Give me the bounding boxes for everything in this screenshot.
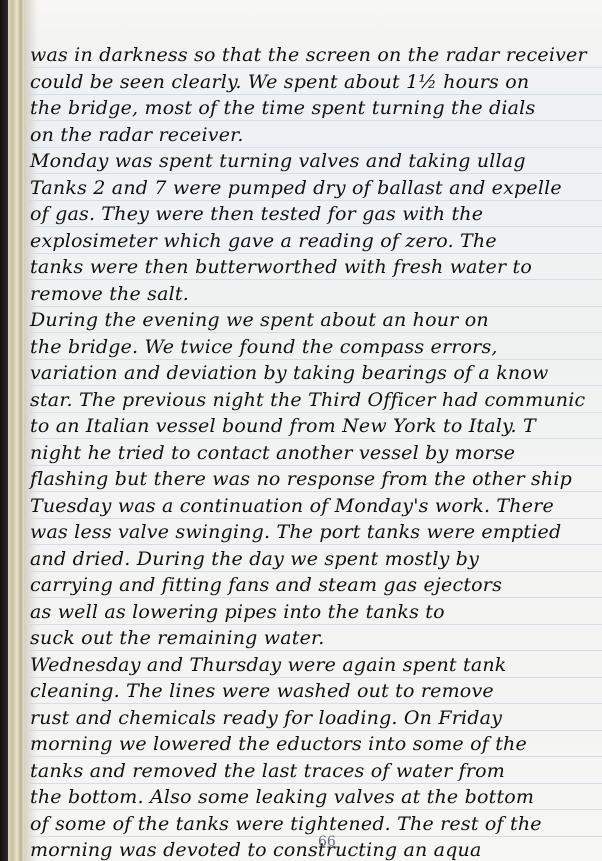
text-line: as well as lowering pipes into the tanks… (30, 601, 445, 628)
text-line: to an Italian vessel bound from New York… (30, 415, 536, 442)
text-line: tanks and removed the last traces of wat… (30, 760, 505, 787)
text-line: variation and deviation by taking bearin… (30, 362, 548, 389)
text-line: During the evening we spent about an hou… (30, 309, 489, 336)
text-line: carrying and fitting fans and steam gas … (30, 574, 502, 601)
text-line: Wednesday and Thursday were again spent … (30, 654, 507, 681)
text-line: star. The previous night the Third Offic… (30, 389, 585, 416)
text-line: of gas. They were then tested for gas wi… (30, 203, 483, 230)
book-binding-edge (8, 0, 24, 861)
text-line: the bridge, most of the time spent turni… (30, 97, 535, 124)
text-line: night he tried to contact another vessel… (30, 442, 515, 469)
text-line: and dried. During the day we spent mostl… (30, 548, 479, 575)
book-binding-shadow (0, 0, 8, 861)
text-line: Monday was spent turning valves and taki… (30, 150, 526, 177)
text-line: Tuesday was a continuation of Monday's w… (30, 495, 554, 522)
text-line: cleaning. The lines were washed out to r… (30, 680, 494, 707)
text-line: rust and chemicals ready for loading. On… (30, 707, 502, 734)
text-line: morning we lowered the eductors into som… (30, 733, 527, 760)
text-line: on the radar receiver. (30, 124, 244, 151)
text-line: remove the salt. (30, 283, 189, 310)
text-line: explosimeter which gave a reading of zer… (30, 230, 497, 257)
text-line: could be seen clearly. We spent about 1½… (30, 71, 529, 98)
text-line: flashing but there was no response from … (30, 468, 572, 495)
text-line: suck out the remaining water. (30, 627, 325, 654)
text-line: of some of the tanks were tightened. The… (30, 813, 542, 840)
text-line: the bottom. Also some leaking valves at … (30, 786, 534, 813)
text-line: was in darkness so that the screen on th… (30, 44, 587, 71)
text-line: the bridge. We twice found the compass e… (30, 336, 498, 363)
text-line: was less valve swinging. The port tanks … (30, 521, 561, 548)
text-line: morning was devoted to constructing an a… (30, 839, 482, 861)
text-line: tanks were then butterworthed with fresh… (30, 256, 532, 283)
notebook-page: was in darkness so that the screen on th… (0, 0, 602, 861)
page-number: 66 (318, 834, 336, 850)
text-line: Tanks 2 and 7 were pumped dry of ballast… (30, 177, 562, 204)
